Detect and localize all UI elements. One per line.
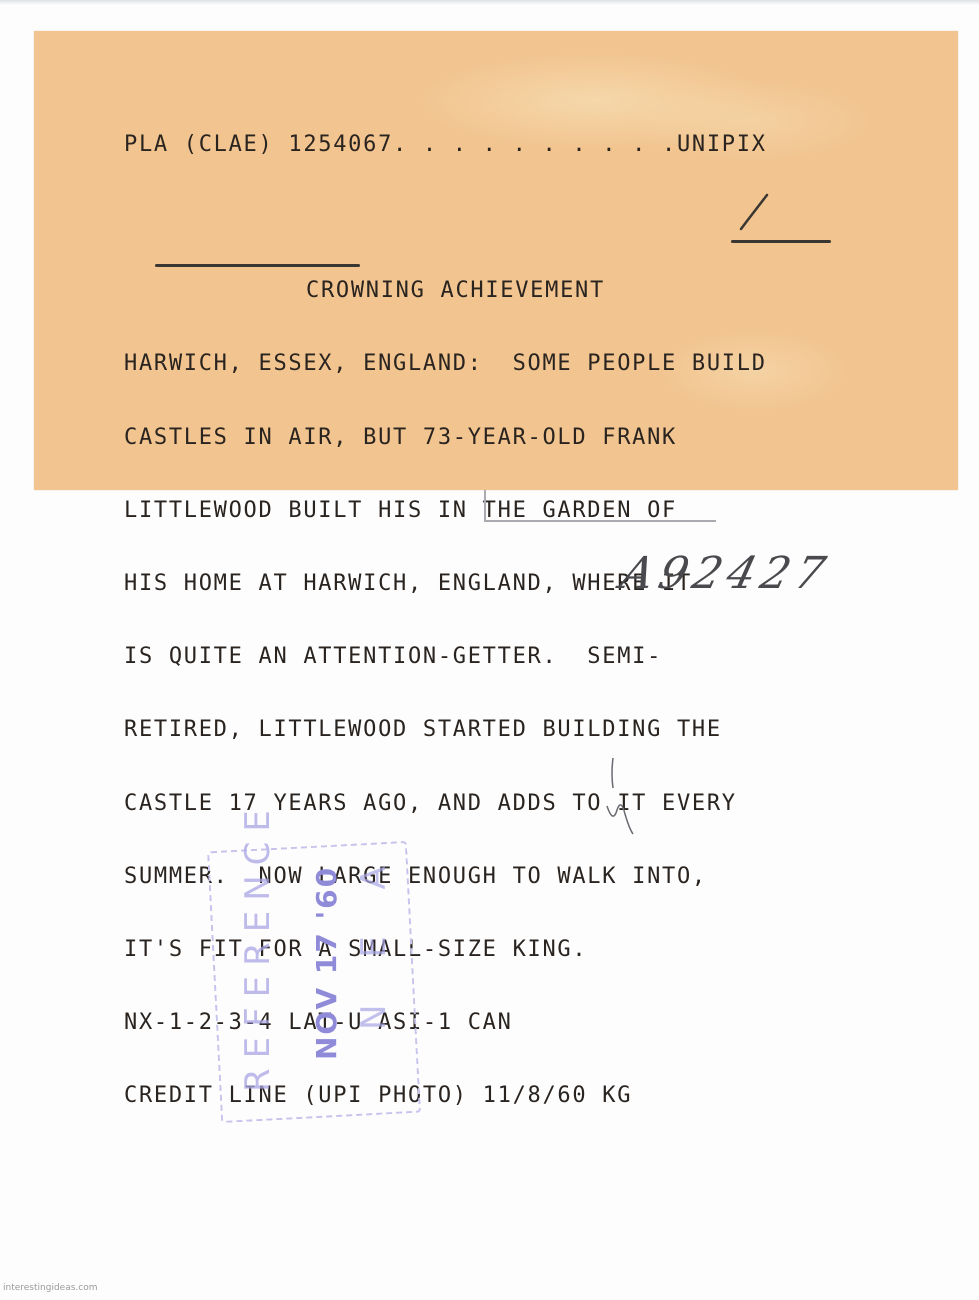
accession-number: A92427 (616, 548, 836, 599)
check-mark-icon (733, 193, 773, 233)
watermark: interestingideas.com (3, 1283, 97, 1293)
stamp-agency: N E A (354, 848, 394, 1030)
caption-body-line: RETIRED, LITTLEWOOD STARTED BUILDING THE (124, 718, 914, 742)
caption-body-line: CASTLES IN AIR, BUT 73-YEAR-OLD FRANK (124, 426, 914, 450)
name-underline-littlewood (155, 264, 360, 267)
caption-headline: CROWNING ACHIEVEMENT (124, 279, 914, 303)
pencil-mark-icon (595, 750, 655, 840)
photo-top-edge (0, 0, 979, 5)
stamp-reference-label: REFERENCE (238, 800, 278, 1092)
stamp-date: NOV 17 '60 (310, 866, 343, 1060)
faint-stamp-box (484, 490, 716, 522)
caption-header: PLA (CLAE) 1254067. . . . . . . . . .UNI… (124, 133, 914, 157)
caption-body-line: HARWICH, ESSEX, ENGLAND: SOME PEOPLE BUI… (124, 352, 914, 376)
name-underline-frank (731, 240, 831, 243)
caption-body-line: IS QUITE AN ATTENTION-GETTER. SEMI- (124, 645, 914, 669)
